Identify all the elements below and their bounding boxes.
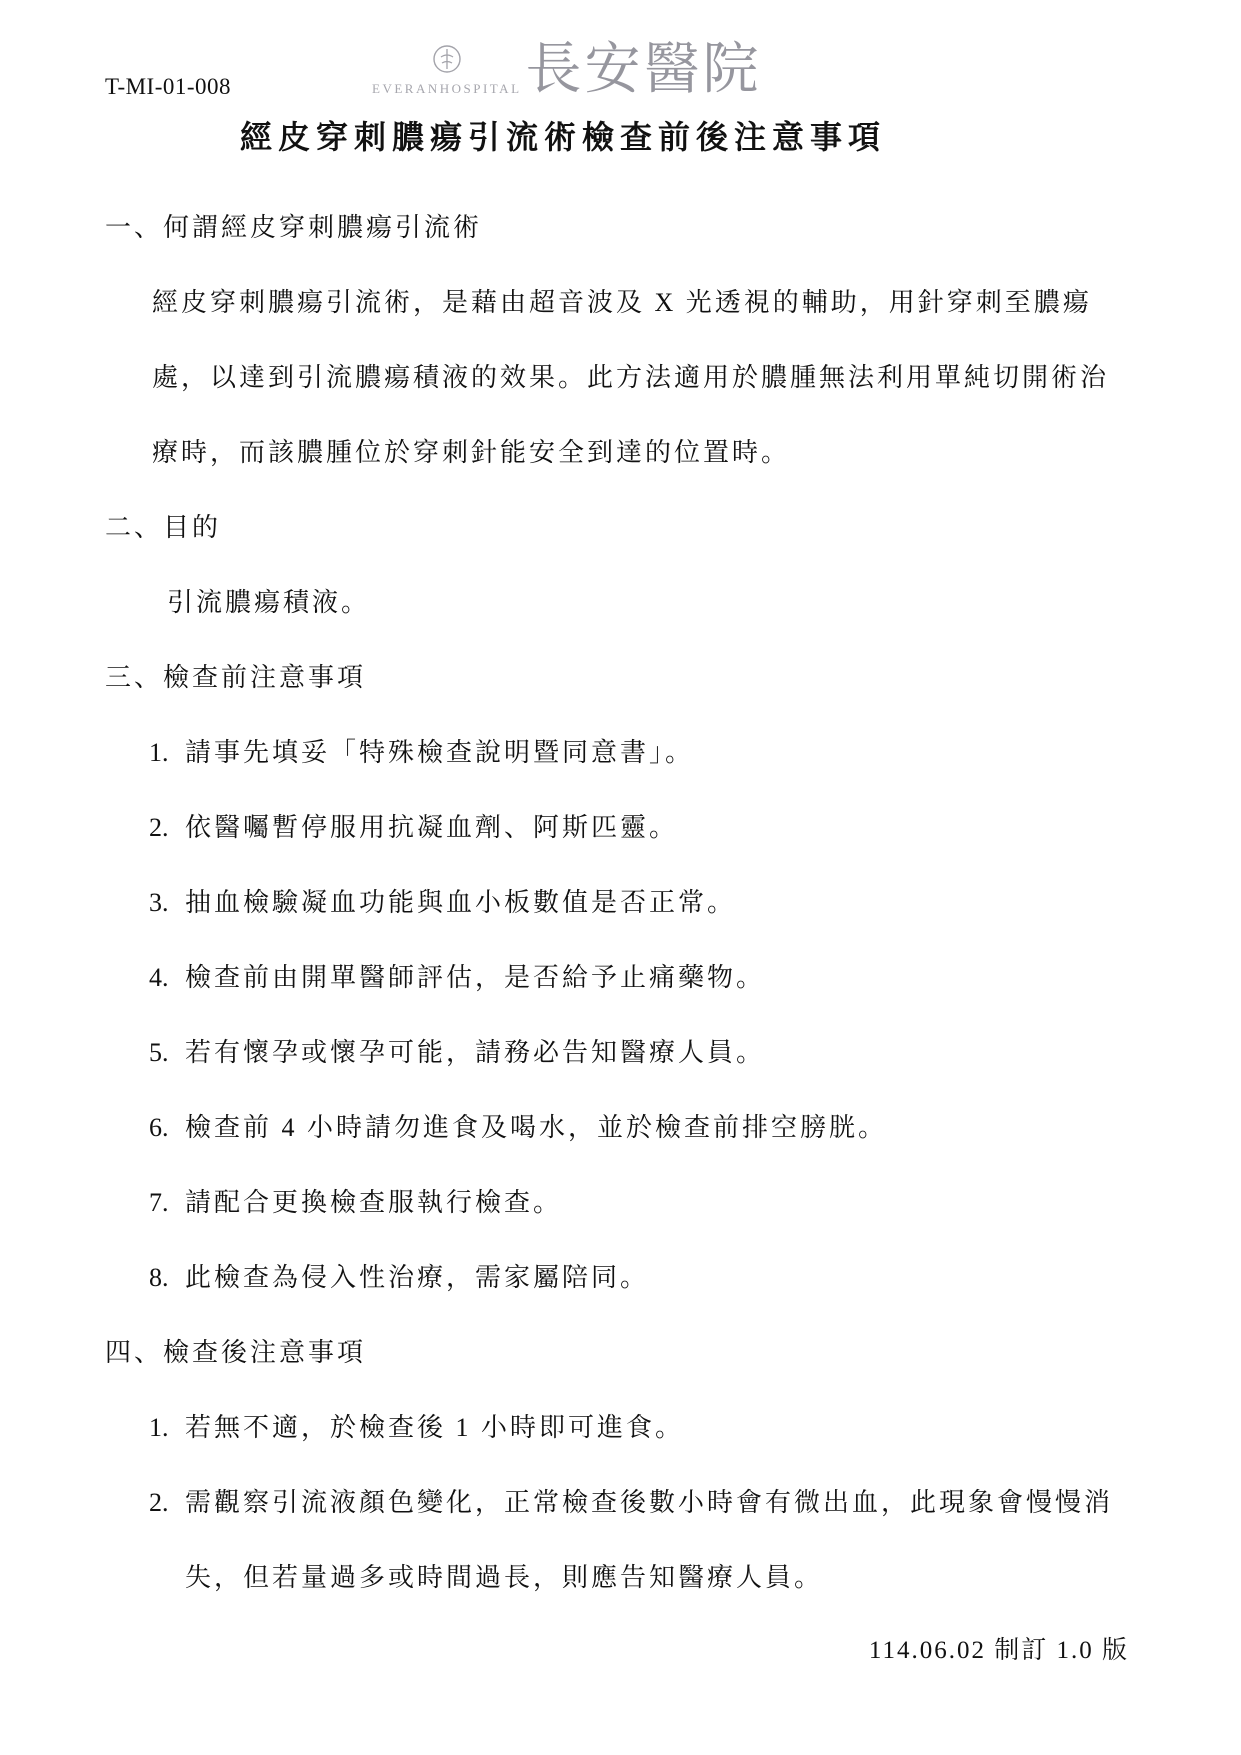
hospital-logo: EVERANHOSPITAL 長安醫院 (372, 42, 762, 97)
item-text-line: 檢查前 4 小時請勿進食及喝水，並於檢查前排空膀胱。 (185, 1090, 1131, 1165)
list-item: 6. 檢查前 4 小時請勿進食及喝水，並於檢查前排空膀胱。 (105, 1090, 1131, 1165)
item-number: 7. (149, 1165, 169, 1240)
item-number: 2. (149, 1465, 169, 1540)
hospital-emblem-icon (429, 42, 465, 82)
revision-note: 114.06.02 制訂 1.0 版 (869, 1630, 1129, 1666)
section-2-purpose: 引流膿瘍積液。 (105, 565, 1131, 640)
item-text-line: 若有懷孕或懷孕可能，請務必告知醫療人員。 (185, 1015, 1131, 1090)
item-text-line: 依醫囑暫停服用抗凝血劑、阿斯匹靈。 (185, 790, 1131, 865)
item-text-line: 此檢查為侵入性治療，需家屬陪同。 (185, 1240, 1131, 1315)
list-item: 7. 請配合更換檢查服執行檢查。 (105, 1165, 1131, 1240)
item-number: 3. (149, 865, 169, 940)
hospital-name-en: EVERANHOSPITAL (372, 82, 522, 97)
item-number: 6. (149, 1090, 169, 1165)
paragraph-line: 經皮穿刺膿瘍引流術，是藉由超音波及 X 光透視的輔助，用針穿刺至膿瘍 (152, 265, 1131, 340)
document-code: T-MI-01-008 (105, 74, 231, 100)
section-heading-3: 三、檢查前注意事項 (105, 640, 1131, 715)
list-item: 8. 此檢查為侵入性治療，需家屬陪同。 (105, 1240, 1131, 1315)
item-number: 8. (149, 1240, 169, 1315)
item-number: 1. (149, 715, 169, 790)
section-1-paragraph: 經皮穿刺膿瘍引流術，是藉由超音波及 X 光透視的輔助，用針穿刺至膿瘍 處，以達到… (105, 265, 1131, 490)
list-item: 2. 需觀察引流液顏色變化，正常檢查後數小時會有微出血，此現象會慢慢消 失，但若… (105, 1465, 1131, 1615)
item-text-line: 抽血檢驗凝血功能與血小板數值是否正常。 (185, 865, 1131, 940)
paragraph-line: 處，以達到引流膿瘍積液的效果。此方法適用於膿腫無法利用單純切開術治 (152, 340, 1131, 415)
paragraph-line: 療時，而該膿腫位於穿刺針能安全到達的位置時。 (152, 415, 1131, 490)
item-text-line: 請事先填妥「特殊檢查說明暨同意書」。 (185, 715, 1131, 790)
item-text-line: 失，但若量過多或時間過長，則應告知醫療人員。 (185, 1540, 1131, 1615)
list-item: 4. 檢查前由開單醫師評估，是否給予止痛藥物。 (105, 940, 1131, 1015)
item-number: 5. (149, 1015, 169, 1090)
document-body: 一、何謂經皮穿刺膿瘍引流術 經皮穿刺膿瘍引流術，是藉由超音波及 X 光透視的輔助… (105, 190, 1131, 1615)
item-text-line: 需觀察引流液顏色變化，正常檢查後數小時會有微出血，此現象會慢慢消 (185, 1465, 1131, 1540)
item-number: 2. (149, 790, 169, 865)
item-text-line: 若無不適，於檢查後 1 小時即可進食。 (185, 1390, 1131, 1465)
section-heading-1: 一、何謂經皮穿刺膿瘍引流術 (105, 190, 1131, 265)
item-number: 1. (149, 1390, 169, 1465)
list-item: 5. 若有懷孕或懷孕可能，請務必告知醫療人員。 (105, 1015, 1131, 1090)
list-item: 1. 請事先填妥「特殊檢查說明暨同意書」。 (105, 715, 1131, 790)
item-text-line: 請配合更換檢查服執行檢查。 (185, 1165, 1131, 1240)
section-heading-2: 二、目的 (105, 490, 1131, 565)
hospital-name-zh: 長安醫院 (526, 44, 762, 97)
list-item: 2. 依醫囑暫停服用抗凝血劑、阿斯匹靈。 (105, 790, 1131, 865)
page-title: 經皮穿刺膿瘍引流術檢查前後注意事項 (50, 112, 1076, 158)
item-text-line: 檢查前由開單醫師評估，是否給予止痛藥物。 (185, 940, 1131, 1015)
list-item: 1. 若無不適，於檢查後 1 小時即可進食。 (105, 1390, 1131, 1465)
list-item: 3. 抽血檢驗凝血功能與血小板數值是否正常。 (105, 865, 1131, 940)
item-number: 4. (149, 940, 169, 1015)
section-heading-4: 四、檢查後注意事項 (105, 1315, 1131, 1390)
